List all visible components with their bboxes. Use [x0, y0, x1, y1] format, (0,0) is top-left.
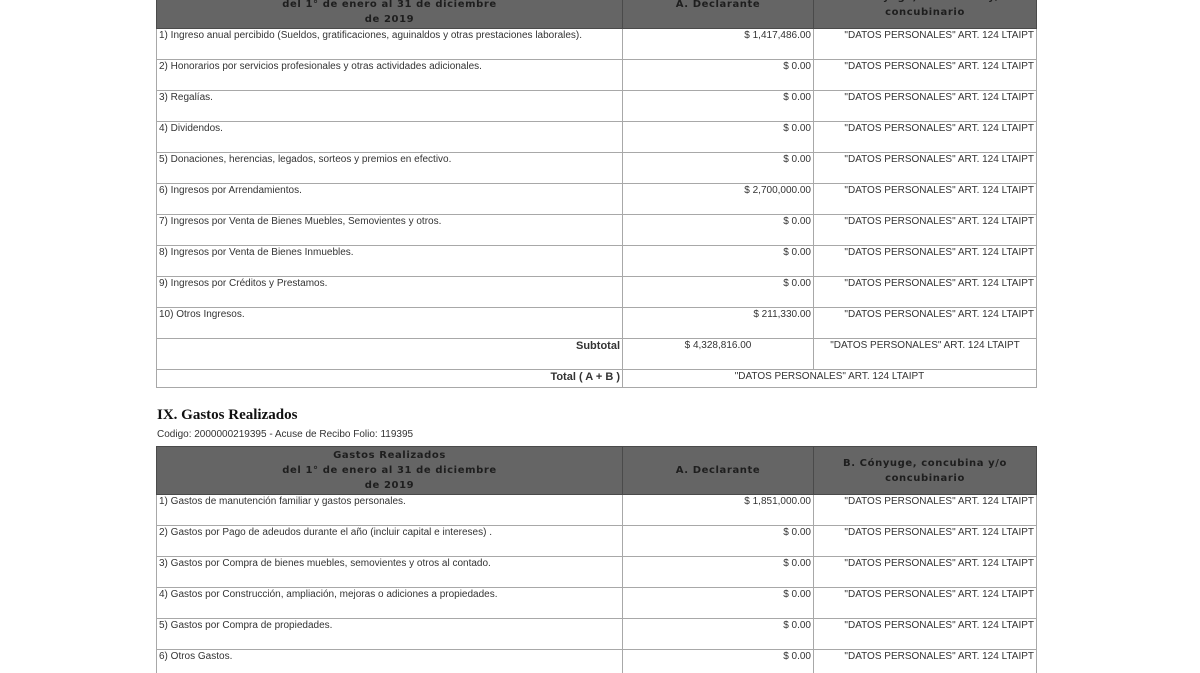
- section-title: IX. Gastos Realizados: [157, 407, 297, 424]
- conyuge-value: "DATOS PERSONALES" ART. 124 LTAIPT: [814, 557, 1037, 588]
- conyuge-value: "DATOS PERSONALES" ART. 124 LTAIPT: [814, 650, 1037, 673]
- declarante-amount: $ 1,851,000.00: [623, 495, 814, 526]
- expenses-table-body: 1) Gastos de manutención familiar y gast…: [157, 495, 1037, 673]
- row-label: 8) Ingresos por Venta de Bienes Inmueble…: [157, 246, 623, 277]
- row-label: 3) Gastos por Compra de bienes muebles, …: [157, 557, 623, 588]
- declarante-amount: $ 0.00: [623, 650, 814, 673]
- declarante-amount: $ 0.00: [623, 122, 814, 153]
- declarante-header: A. Declarante: [623, 447, 814, 495]
- conyuge-value: "DATOS PERSONALES" ART. 124 LTAIPT: [814, 246, 1037, 277]
- conyuge-value: "DATOS PERSONALES" ART. 124 LTAIPT: [814, 153, 1037, 184]
- declarante-amount: $ 0.00: [623, 557, 814, 588]
- row-label: 7) Ingresos por Venta de Bienes Muebles,…: [157, 215, 623, 246]
- table-row: 5) Gastos por Compra de propiedades.$ 0.…: [157, 619, 1037, 650]
- declarante-header: A. Declarante: [623, 0, 814, 29]
- row-label: 1) Ingreso anual percibido (Sueldos, gra…: [157, 29, 623, 60]
- declarante-amount: $ 0.00: [623, 91, 814, 122]
- table-row: 3) Gastos por Compra de bienes muebles, …: [157, 557, 1037, 588]
- row-label: 10) Otros Ingresos.: [157, 308, 623, 339]
- table-row: 1) Ingreso anual percibido (Sueldos, gra…: [157, 29, 1037, 60]
- row-label: 5) Donaciones, herencias, legados, sorte…: [157, 153, 623, 184]
- conyuge-value: "DATOS PERSONALES" ART. 124 LTAIPT: [814, 588, 1037, 619]
- declarante-amount: $ 0.00: [623, 215, 814, 246]
- conyuge-value: "DATOS PERSONALES" ART. 124 LTAIPT: [814, 277, 1037, 308]
- table-row: 9) Ingresos por Créditos y Prestamos.$ 0…: [157, 277, 1037, 308]
- row-label: 6) Otros Gastos.: [157, 650, 623, 673]
- expenses-table-header: Gastos Realizados del 1° de enero al 31 …: [157, 447, 1037, 495]
- conyuge-header: B. Cónyuge, concubina y/o concubinario: [814, 0, 1037, 29]
- row-label: 6) Ingresos por Arrendamientos.: [157, 184, 623, 215]
- declaration-page: Ingresos Percibidos del 1° de enero al 3…: [0, 0, 1200, 673]
- table-row: 8) Ingresos por Venta de Bienes Inmueble…: [157, 246, 1037, 277]
- table-row: 3) Regalías.$ 0.00"DATOS PERSONALES" ART…: [157, 91, 1037, 122]
- income-table-body: 1) Ingreso anual percibido (Sueldos, gra…: [157, 29, 1037, 388]
- conyuge-value: "DATOS PERSONALES" ART. 124 LTAIPT: [814, 215, 1037, 246]
- table-row: 4) Dividendos.$ 0.00"DATOS PERSONALES" A…: [157, 122, 1037, 153]
- table-row: 1) Gastos de manutención familiar y gast…: [157, 495, 1037, 526]
- conyuge-value: "DATOS PERSONALES" ART. 124 LTAIPT: [814, 122, 1037, 153]
- total-label: Total ( A + B ): [157, 370, 623, 388]
- row-label: 5) Gastos por Compra de propiedades.: [157, 619, 623, 650]
- table-row: 7) Ingresos por Venta de Bienes Muebles,…: [157, 215, 1037, 246]
- table-row: 2) Honorarios por servicios profesionale…: [157, 60, 1037, 91]
- declarante-amount: $ 0.00: [623, 526, 814, 557]
- conyuge-value: "DATOS PERSONALES" ART. 124 LTAIPT: [814, 29, 1037, 60]
- declarante-amount: $ 0.00: [623, 277, 814, 308]
- total-value: "DATOS PERSONALES" ART. 124 LTAIPT: [623, 370, 1037, 388]
- declarante-amount: $ 0.00: [623, 619, 814, 650]
- conyuge-value: "DATOS PERSONALES" ART. 124 LTAIPT: [814, 526, 1037, 557]
- conyuge-header: B. Cónyuge, concubina y/o concubinario: [814, 447, 1037, 495]
- income-table-header: Ingresos Percibidos del 1° de enero al 3…: [157, 0, 1037, 29]
- table-row: 6) Otros Gastos.$ 0.00"DATOS PERSONALES"…: [157, 650, 1037, 673]
- row-label: 4) Dividendos.: [157, 122, 623, 153]
- total-row: Total ( A + B )"DATOS PERSONALES" ART. 1…: [157, 370, 1037, 388]
- expenses-table: Gastos Realizados del 1° de enero al 31 …: [156, 446, 1037, 673]
- subtotal-label: Subtotal: [157, 339, 623, 370]
- declarante-amount: $ 0.00: [623, 153, 814, 184]
- conyuge-value: "DATOS PERSONALES" ART. 124 LTAIPT: [814, 91, 1037, 122]
- declarante-amount: $ 1,417,486.00: [623, 29, 814, 60]
- table-row: 6) Ingresos por Arrendamientos.$ 2,700,0…: [157, 184, 1037, 215]
- subtotal-declarante: $ 4,328,816.00: [623, 339, 814, 370]
- income-table: Ingresos Percibidos del 1° de enero al 3…: [156, 0, 1037, 388]
- declarante-amount: $ 2,700,000.00: [623, 184, 814, 215]
- conyuge-value: "DATOS PERSONALES" ART. 124 LTAIPT: [814, 184, 1037, 215]
- conyuge-value: "DATOS PERSONALES" ART. 124 LTAIPT: [814, 619, 1037, 650]
- income-period-header: Ingresos Percibidos del 1° de enero al 3…: [157, 0, 623, 29]
- table-row: 5) Donaciones, herencias, legados, sorte…: [157, 153, 1037, 184]
- declarante-amount: $ 211,330.00: [623, 308, 814, 339]
- declarante-amount: $ 0.00: [623, 60, 814, 91]
- table-row: 2) Gastos por Pago de adeudos durante el…: [157, 526, 1037, 557]
- conyuge-value: "DATOS PERSONALES" ART. 124 LTAIPT: [814, 495, 1037, 526]
- declarante-amount: $ 0.00: [623, 588, 814, 619]
- row-label: 2) Honorarios por servicios profesionale…: [157, 60, 623, 91]
- conyuge-value: "DATOS PERSONALES" ART. 124 LTAIPT: [814, 60, 1037, 91]
- row-label: 2) Gastos por Pago de adeudos durante el…: [157, 526, 623, 557]
- table-row: 10) Otros Ingresos.$ 211,330.00"DATOS PE…: [157, 308, 1037, 339]
- row-label: 3) Regalías.: [157, 91, 623, 122]
- row-label: 9) Ingresos por Créditos y Prestamos.: [157, 277, 623, 308]
- table-row: 4) Gastos por Construcción, ampliación, …: [157, 588, 1037, 619]
- conyuge-value: "DATOS PERSONALES" ART. 124 LTAIPT: [814, 308, 1037, 339]
- declarante-amount: $ 0.00: [623, 246, 814, 277]
- subtotal-row: Subtotal$ 4,328,816.00"DATOS PERSONALES"…: [157, 339, 1037, 370]
- subtotal-conyuge: "DATOS PERSONALES" ART. 124 LTAIPT: [814, 339, 1037, 370]
- expenses-period-header: Gastos Realizados del 1° de enero al 31 …: [157, 447, 623, 495]
- row-label: 4) Gastos por Construcción, ampliación, …: [157, 588, 623, 619]
- row-label: 1) Gastos de manutención familiar y gast…: [157, 495, 623, 526]
- receipt-code: Codigo: 2000000219395 - Acuse de Recibo …: [157, 429, 413, 440]
